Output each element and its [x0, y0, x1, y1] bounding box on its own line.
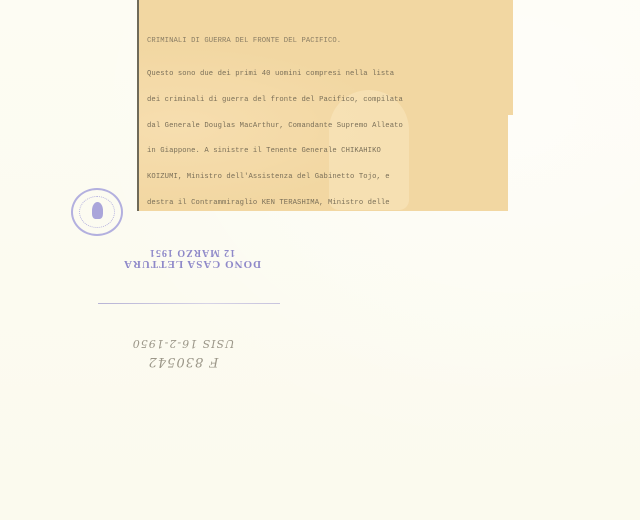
catalog-number: F 830542 — [108, 354, 258, 369]
library-seal-icon — [71, 188, 123, 236]
caption-line: in Giappone. A sinistre il Tenente Gener… — [147, 147, 507, 156]
caption-line: Questo sono due dei primi 40 uomini comp… — [147, 70, 507, 79]
caption-line: destra il Contrammiraglio KEN TERASHIMA,… — [147, 199, 507, 208]
caption-title: CRIMINALI DI GUERRA DEL FRONTE DEL PACIF… — [147, 37, 507, 46]
caption-line: dei criminali di guerra del fronte del P… — [147, 96, 507, 105]
handwritten-notes: F 830542 USIS 16-2-1950 — [108, 337, 258, 369]
donation-stamp: DONO CASA LETTURA 12 MARZO 1951 — [112, 247, 272, 270]
seal-emblem-icon — [92, 202, 103, 219]
stamp-line-2: 12 MARZO 1951 — [112, 247, 272, 258]
caption-slip: CRIMINALI DI GUERRA DEL FRONTE DEL PACIF… — [137, 0, 513, 211]
source-date: USIS 16-2-1950 — [108, 337, 258, 350]
stamp-line-1: DONO CASA LETTURA — [112, 258, 272, 270]
divider-line — [98, 303, 280, 304]
caption-line: KOIZUMI, Ministro dell'Assistenza del Ga… — [147, 173, 507, 182]
caption-line: dal Generale Douglas MacArthur, Comandan… — [147, 122, 507, 131]
